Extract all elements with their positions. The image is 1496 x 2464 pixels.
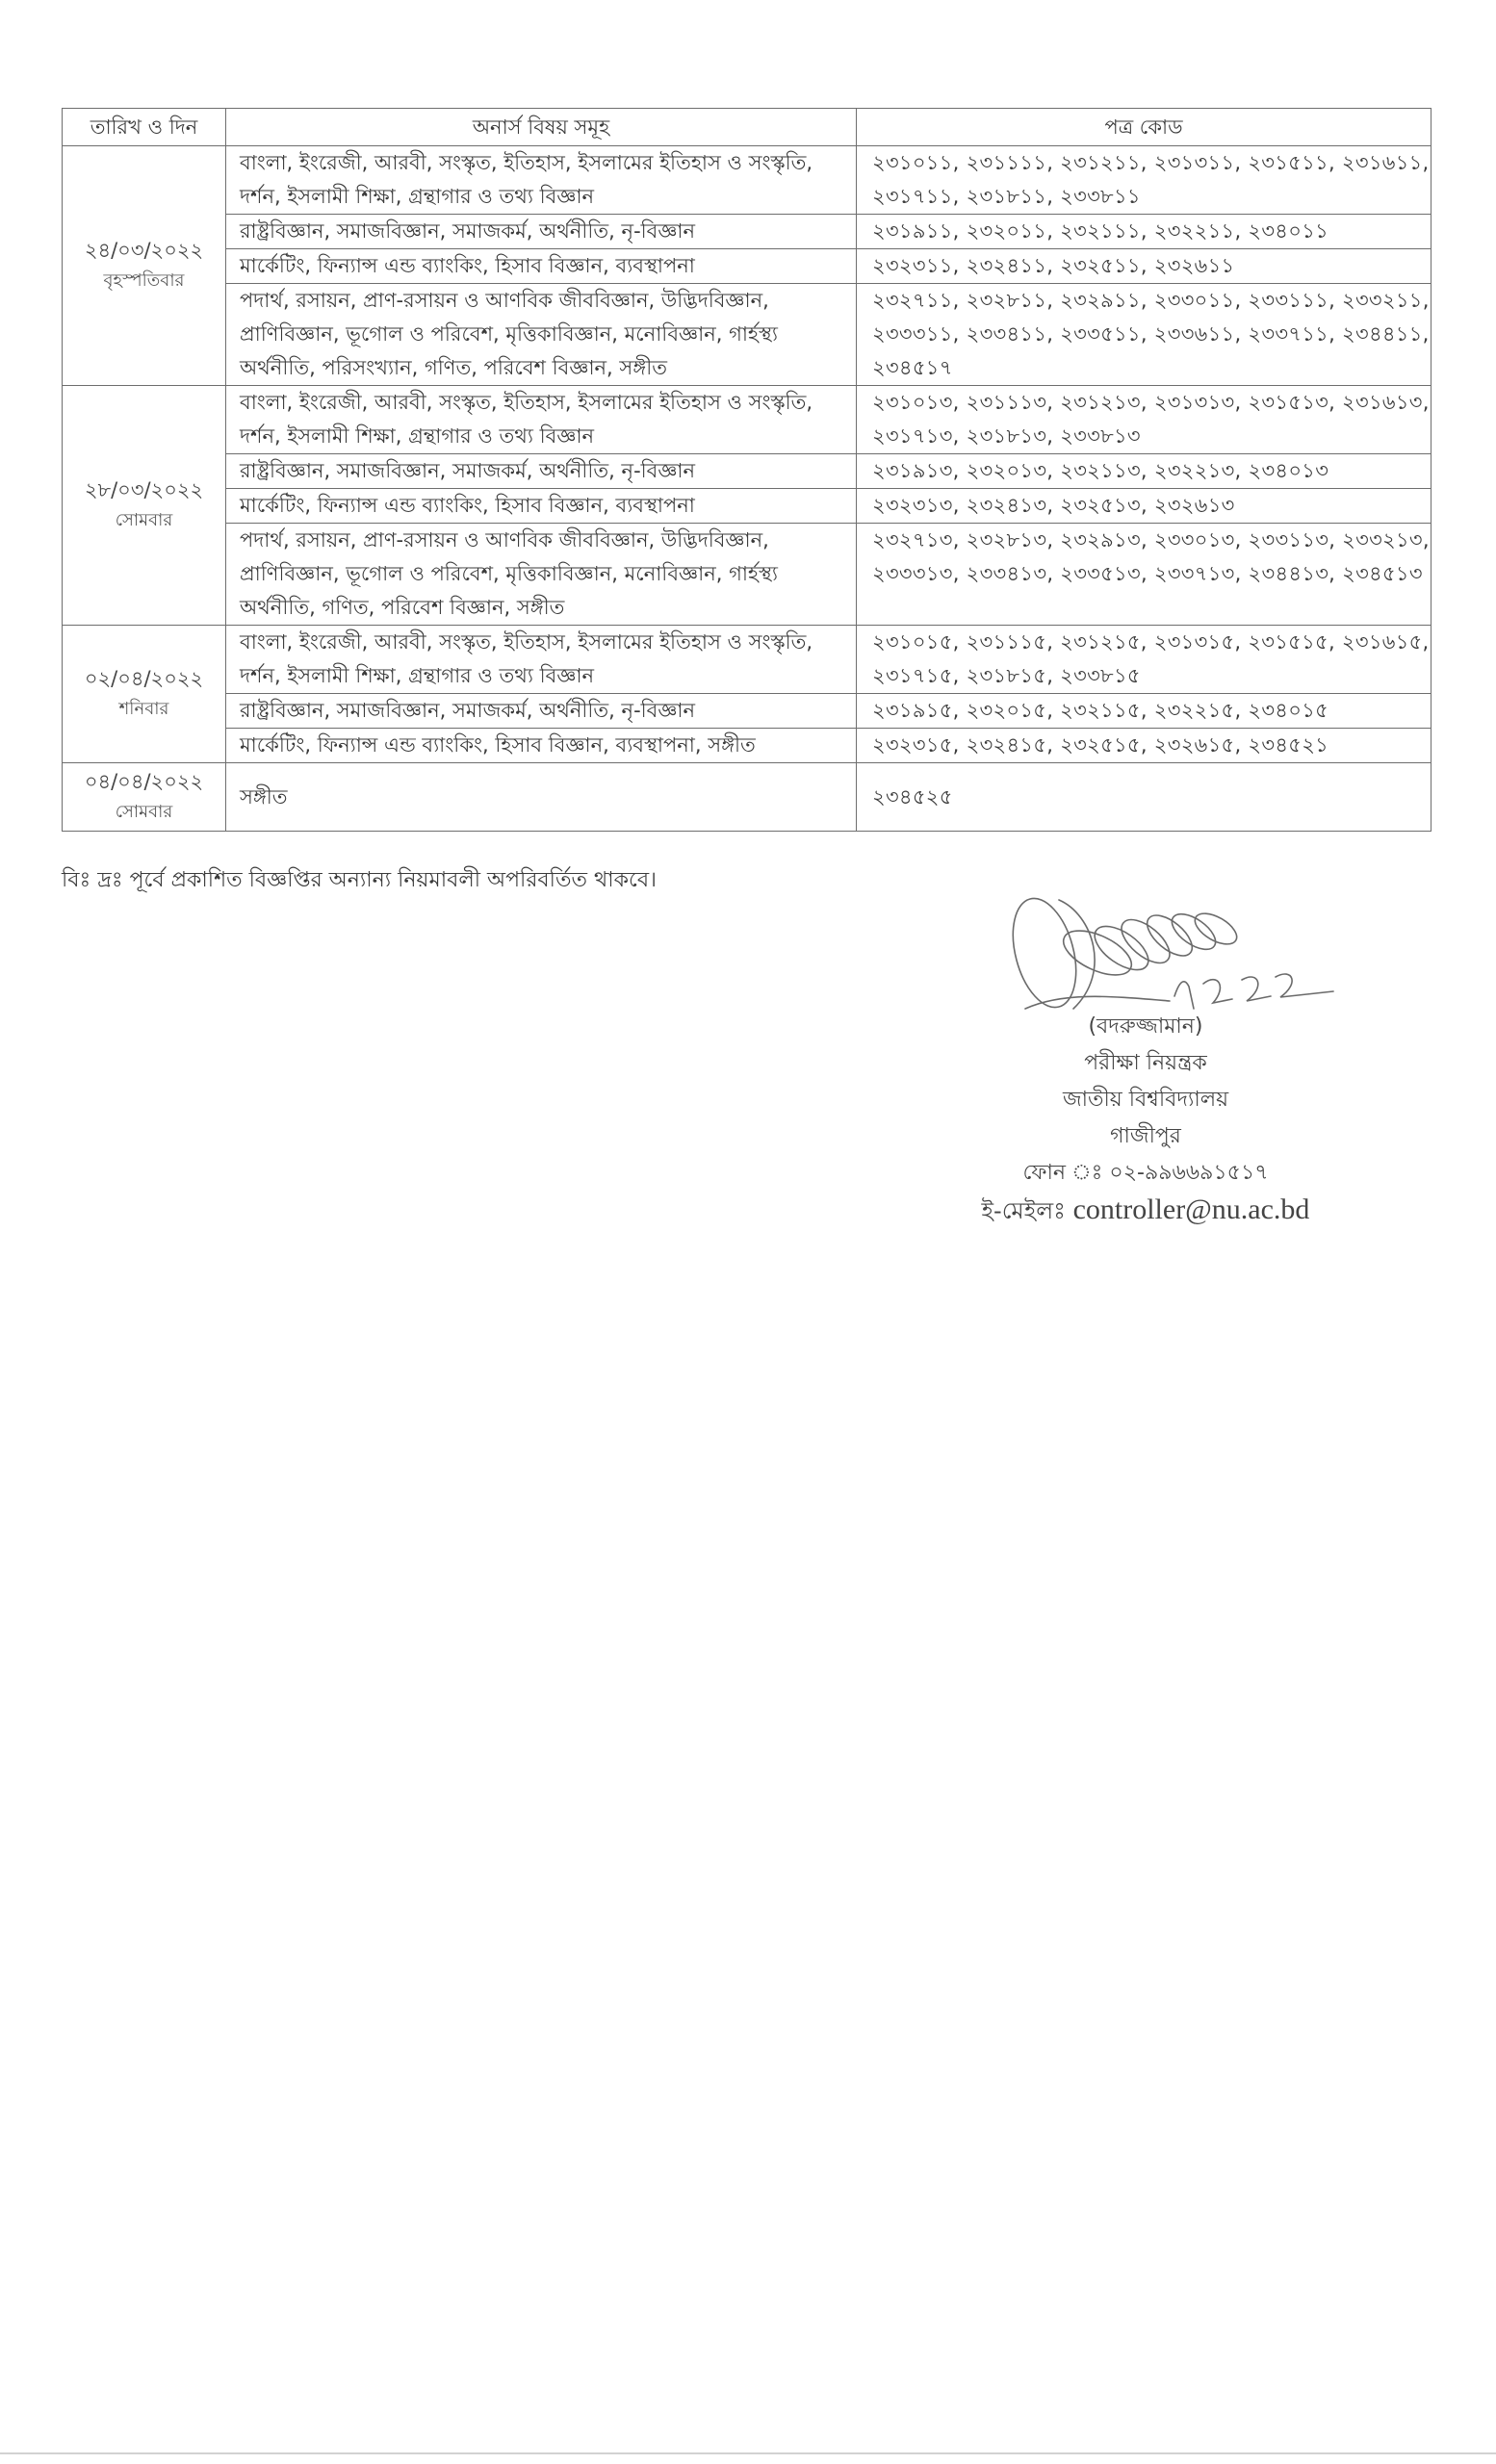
subjects-cell: বাংলা, ইংরেজী, আরবী, সংস্কৃত, ইতিহাস, ইস… (226, 146, 857, 215)
subjects-cell: রাষ্ট্রবিজ্ঞান, সমাজবিজ্ঞান, সমাজকর্ম, অ… (226, 454, 857, 489)
date-cell: ২৮/০৩/২০২২সোমবার (63, 386, 226, 626)
exam-schedule-table: তারিখ ও দিন অনার্স বিষয় সমূহ পত্র কোড ২… (62, 108, 1432, 832)
subjects-cell: পদার্থ, রসায়ন, প্রাণ-রসায়ন ও আণবিক জীব… (226, 284, 857, 386)
subjects-cell: রাষ্ট্রবিজ্ঞান, সমাজবিজ্ঞান, সমাজকর্ম, অ… (226, 694, 857, 729)
signatory-name: (বদরুজ্জামান) (953, 1009, 1338, 1045)
table-header-row: তারিখ ও দিন অনার্স বিষয় সমূহ পত্র কোড (63, 109, 1432, 146)
table-row: মার্কেটিং, ফিন্যান্স এন্ড ব্যাংকিং, হিসা… (63, 729, 1432, 763)
table-row: ২৮/০৩/২০২২সোমবারবাংলা, ইংরেজী, আরবী, সংস… (63, 386, 1432, 454)
table-row: মার্কেটিং, ফিন্যান্স এন্ড ব্যাংকিং, হিসা… (63, 489, 1432, 524)
exam-day: সোমবার (63, 797, 225, 828)
signatory-designation: পরীক্ষা নিয়ন্ত্রক (953, 1045, 1338, 1082)
paper-codes-cell: ২৩২৩১৫, ২৩২৪১৫, ২৩২৫১৫, ২৩২৬১৫, ২৩৪৫২১ (857, 729, 1432, 763)
table-row: রাষ্ট্রবিজ্ঞান, সমাজবিজ্ঞান, সমাজকর্ম, অ… (63, 694, 1432, 729)
exam-date: ২৪/০৩/২০২২ (63, 235, 225, 266)
table-row: মার্কেটিং, ফিন্যান্স এন্ড ব্যাংকিং, হিসা… (63, 249, 1432, 284)
exam-date: ০২/০৪/২০২২ (63, 663, 225, 694)
paper-codes-cell: ২৩১৯১৫, ২৩২০১৫, ২৩২১১৫, ২৩২২১৫, ২৩৪০১৫ (857, 694, 1432, 729)
table-row: ২৪/০৩/২০২২বৃহস্পতিবারবাংলা, ইংরেজী, আরবী… (63, 146, 1432, 215)
signatory-phone-line: ফোন ঃ ০২-৯৯৬৬৯১৫১৭ (953, 1155, 1338, 1192)
signatory-details: (বদরুজ্জামান) পরীক্ষা নিয়ন্ত্রক জাতীয় … (953, 1009, 1338, 1229)
subjects-cell: বাংলা, ইংরেজী, আরবী, সংস্কৃত, ইতিহাস, ইস… (226, 626, 857, 694)
email-address[interactable]: controller@nu.ac.bd (1073, 1193, 1310, 1225)
paper-codes-cell: ২৩২৭১১, ২৩২৮১১, ২৩২৯১১, ২৩৩০১১, ২৩৩১১১, … (857, 284, 1432, 386)
exam-day: সোমবার (63, 505, 225, 536)
table-row: পদার্থ, রসায়ন, প্রাণ-রসায়ন ও আণবিক জীব… (63, 284, 1432, 386)
paper-codes-cell: ২৩১৯১১, ২৩২০১১, ২৩২১১১, ২৩২২১১, ২৩৪০১১ (857, 215, 1432, 249)
subjects-cell: পদার্থ, রসায়ন, প্রাণ-রসায়ন ও আণবিক জীব… (226, 524, 857, 626)
phone-number: ০২-৯৯৬৬৯১৫১৭ (1109, 1161, 1268, 1185)
subjects-cell: মার্কেটিং, ফিন্যান্স এন্ড ব্যাংকিং, হিসা… (226, 249, 857, 284)
header-codes: পত্র কোড (857, 109, 1432, 146)
table-body: ২৪/০৩/২০২২বৃহস্পতিবারবাংলা, ইংরেজী, আরবী… (63, 146, 1432, 832)
footnote: বিঃ দ্রঃ পূর্বে প্রকাশিত বিজ্ঞপ্তির অন্য… (62, 863, 657, 899)
date-cell: ২৪/০৩/২০২২বৃহস্পতিবার (63, 146, 226, 386)
table-row: ০২/০৪/২০২২শনিবারবাংলা, ইংরেজী, আরবী, সংস… (63, 626, 1432, 694)
table-row: রাষ্ট্রবিজ্ঞান, সমাজবিজ্ঞান, সমাজকর্ম, অ… (63, 215, 1432, 249)
date-cell: ০৪/০৪/২০২২সোমবার (63, 763, 226, 832)
subjects-cell: রাষ্ট্রবিজ্ঞান, সমাজবিজ্ঞান, সমাজকর্ম, অ… (226, 215, 857, 249)
notice-page: তারিখ ও দিন অনার্স বিষয় সমূহ পত্র কোড ২… (0, 0, 1496, 2464)
header-date: তারিখ ও দিন (63, 109, 226, 146)
table-row: ০৪/০৪/২০২২সোমবারসঙ্গীত২৩৪৫২৫ (63, 763, 1432, 832)
signatory-institution: জাতীয় বিশ্ববিদ্যালয় (953, 1082, 1338, 1118)
email-label: ই-মেইলঃ (982, 1197, 1066, 1224)
subjects-cell: বাংলা, ইংরেজী, আরবী, সংস্কৃত, ইতিহাস, ইস… (226, 386, 857, 454)
phone-label: ফোন ঃ (1022, 1161, 1102, 1185)
paper-codes-cell: ২৩১০১১, ২৩১১১১, ২৩১২১১, ২৩১৩১১, ২৩১৫১১, … (857, 146, 1432, 215)
signatory-location: গাজীপুর (953, 1118, 1338, 1155)
paper-codes-cell: ২৩২৭১৩, ২৩২৮১৩, ২৩২৯১৩, ২৩৩০১৩, ২৩৩১১৩, … (857, 524, 1432, 626)
paper-codes-cell: ২৩১৯১৩, ২৩২০১৩, ২৩২১১৩, ২৩২২১৩, ২৩৪০১৩ (857, 454, 1432, 489)
paper-codes-cell: ২৩৪৫২৫ (857, 763, 1432, 832)
exam-day: বৃহস্পতিবার (63, 266, 225, 296)
date-cell: ০২/০৪/২০২২শনিবার (63, 626, 226, 763)
exam-date: ২৮/০৩/২০২২ (63, 475, 225, 505)
exam-date: ০৪/০৪/২০২২ (63, 766, 225, 797)
paper-codes-cell: ২৩২৩১১, ২৩২৪১১, ২৩২৫১১, ২৩২৬১১ (857, 249, 1432, 284)
table-row: পদার্থ, রসায়ন, প্রাণ-রসায়ন ও আণবিক জীব… (63, 524, 1432, 626)
subjects-cell: মার্কেটিং, ফিন্যান্স এন্ড ব্যাংকিং, হিসা… (226, 489, 857, 524)
table-row: রাষ্ট্রবিজ্ঞান, সমাজবিজ্ঞান, সমাজকর্ম, অ… (63, 454, 1432, 489)
subjects-cell: মার্কেটিং, ফিন্যান্স এন্ড ব্যাংকিং, হিসা… (226, 729, 857, 763)
paper-codes-cell: ২৩২৩১৩, ২৩২৪১৩, ২৩২৫১৩, ২৩২৬১৩ (857, 489, 1432, 524)
paper-codes-cell: ২৩১০১৫, ২৩১১১৫, ২৩১২১৫, ২৩১৩১৫, ২৩১৫১৫, … (857, 626, 1432, 694)
header-subjects: অনার্স বিষয় সমূহ (226, 109, 857, 146)
exam-day: শনিবার (63, 694, 225, 725)
subjects-cell: সঙ্গীত (226, 763, 857, 832)
page-bottom-divider (0, 2452, 1496, 2454)
signature-icon (1006, 895, 1338, 1020)
signatory-email-line: ই-মেইলঃ controller@nu.ac.bd (953, 1192, 1338, 1229)
paper-codes-cell: ২৩১০১৩, ২৩১১১৩, ২৩১২১৩, ২৩১৩১৩, ২৩১৫১৩, … (857, 386, 1432, 454)
